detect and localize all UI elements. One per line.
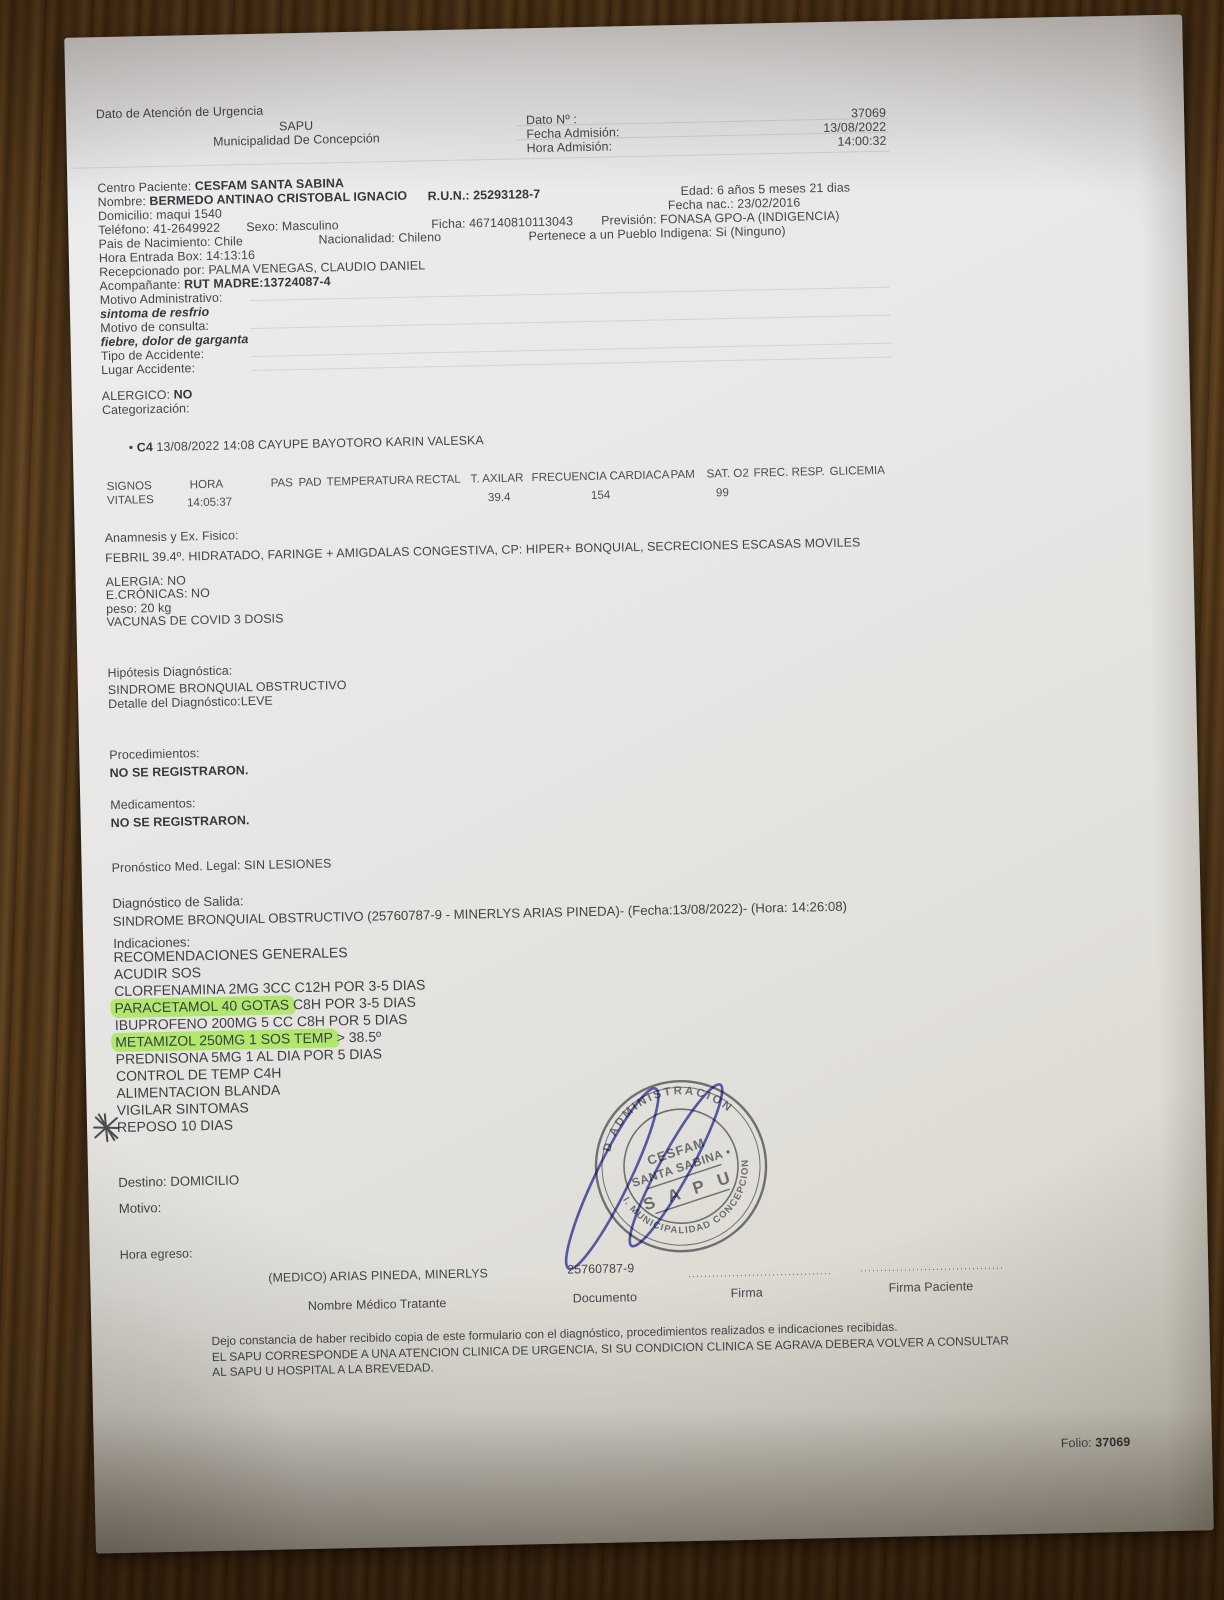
divider-line	[72, 151, 890, 169]
vitals-title-line1: SIGNOS	[107, 479, 152, 493]
triage-code: C4	[137, 440, 153, 454]
medications-value: NO SE REGISTRARON.	[111, 813, 250, 830]
physician-document: 25760787-9	[567, 1261, 634, 1276]
document-caption: Documento	[573, 1290, 638, 1305]
anamnesis-label: Anamnesis y Ex. Fisico:	[105, 528, 239, 545]
anamnesis-extra: ALERGIA: NO E.CRÓNICAS: NO peso: 20 kg V…	[106, 572, 284, 629]
hand-drawn-star-icon	[90, 1111, 123, 1144]
vitals-header-t-axilar: T. AXILAR	[470, 471, 523, 485]
bullet-icon: •	[129, 441, 134, 455]
indication-text: C8H POR 3-5 DIAS	[289, 994, 416, 1013]
exit-diagnosis-label: Diagnóstico de Salida:	[112, 893, 244, 911]
triage-row: • C4 13/08/2022 14:08 CAYUPE BAYOTORO KA…	[129, 433, 484, 454]
vaccines-line: VACUNAS DE COVID 3 DOSIS	[106, 613, 283, 630]
medications-label: Medicamentos:	[110, 796, 196, 812]
vitals-header-pas: PAS	[270, 476, 293, 489]
vitals-header-hora: HORA	[190, 478, 224, 492]
exit-reason-label: Motivo:	[119, 1200, 162, 1216]
allergic-value: NO	[174, 387, 193, 401]
destination-row: Destino: DOMICILIO	[118, 1172, 239, 1190]
vitals-value-frec-cardiaca: 154	[591, 489, 611, 502]
document-title: Dato de Atención de Urgencia	[96, 104, 264, 122]
procedures-value: NO SE REGISTRARON.	[110, 763, 249, 780]
categorization-label: Categorización:	[102, 401, 190, 417]
physician-name: (MEDICO) ARIAS PINEDA, MINERLYS	[268, 1266, 488, 1285]
allergic-label: ALERGICO:	[102, 388, 171, 403]
vitals-value-t-axilar: 39.4	[488, 491, 511, 504]
name-label: Nombre:	[98, 194, 147, 209]
indication-text: REPOSO 10 DIAS	[117, 1117, 233, 1135]
form-paper: Dato de Atención de Urgencia SAPU Munici…	[64, 14, 1214, 1553]
folio-value: 37069	[1095, 1435, 1130, 1450]
vitals-header-pam: PAM	[670, 468, 695, 482]
consult-reason-value: fiebre, dolor de garganta	[100, 332, 248, 349]
indication-text: ACUDIR SOS	[114, 964, 201, 982]
patient-signature-caption: Firma Paciente	[888, 1279, 973, 1295]
vitals-value-sat-o2: 99	[716, 486, 729, 499]
folio-label: Folio:	[1061, 1436, 1096, 1451]
signature-dotted-line: ....................................	[688, 1266, 832, 1279]
nationality-row: Nacionalidad: Chileno	[318, 230, 441, 247]
companion-value: RUT MADRE:13724087-4	[184, 274, 331, 291]
procedures-label: Procedimientos:	[109, 746, 200, 762]
patient-signature-dotted-line: ....................................	[860, 1260, 1004, 1273]
indications-list: RECOMENDACIONES GENERALES ACUDIR SOS CLO…	[113, 943, 428, 1136]
indication-text: ALIMENTACION BLANDA	[116, 1082, 280, 1101]
pen-signature	[552, 1063, 767, 1291]
form-field-line	[251, 343, 891, 357]
indication-text: > 38.5º	[333, 1028, 382, 1045]
form-field-line	[250, 287, 890, 301]
vitals-header-frec-cardiaca: FRECUENCIA CARDIACA	[531, 468, 669, 484]
folio-row: Folio: 37069	[1061, 1435, 1131, 1450]
vitals-header-sat-o2: SAT. O2	[706, 467, 749, 481]
accident-place-label: Lugar Accidente:	[101, 361, 195, 377]
legal-prognosis: Pronóstico Med. Legal: SIN LESIONES	[111, 856, 331, 875]
form-field-line	[250, 315, 890, 329]
vitals-header-frec-resp: FREC. RESP.	[753, 465, 825, 479]
vitals-header-glicemia: GLICEMIA	[829, 464, 885, 478]
photo-of-document: Dato de Atención de Urgencia SAPU Munici…	[0, 0, 1224, 1600]
form-content: Dato de Atención de Urgencia SAPU Munici…	[94, 15, 1186, 1553]
hypothesis-label: Hipótesis Diagnóstica:	[107, 663, 232, 680]
indication-text: VIGILAR SINTOMAS	[117, 1099, 249, 1118]
signature-caption: Firma	[731, 1286, 763, 1301]
vitals-title-line2: VITALES	[107, 493, 154, 507]
vitals-header-temp-rectal: TEMPERATURA RECTAL	[326, 473, 460, 489]
admission-time-label: Hora Admisión:	[527, 139, 613, 155]
physician-name-caption: Nombre Médico Tratante	[308, 1296, 447, 1313]
disclaimer-paragraph: Dejo constancia de haber recibido copia …	[211, 1316, 1058, 1380]
triage-detail: 13/08/2022 14:08 CAYUPE BAYOTORO KARIN V…	[156, 433, 484, 454]
exit-time-label: Hora egreso:	[120, 1246, 193, 1262]
run-value: R.U.N.: 25293128-7	[427, 187, 540, 203]
vitals-header-pad: PAD	[298, 476, 321, 489]
diagnosis-detail: Detalle del Diagnóstico:LEVE	[108, 694, 273, 711]
form-field-line	[251, 357, 891, 371]
vitals-value-hora: 14:05:37	[187, 495, 232, 509]
